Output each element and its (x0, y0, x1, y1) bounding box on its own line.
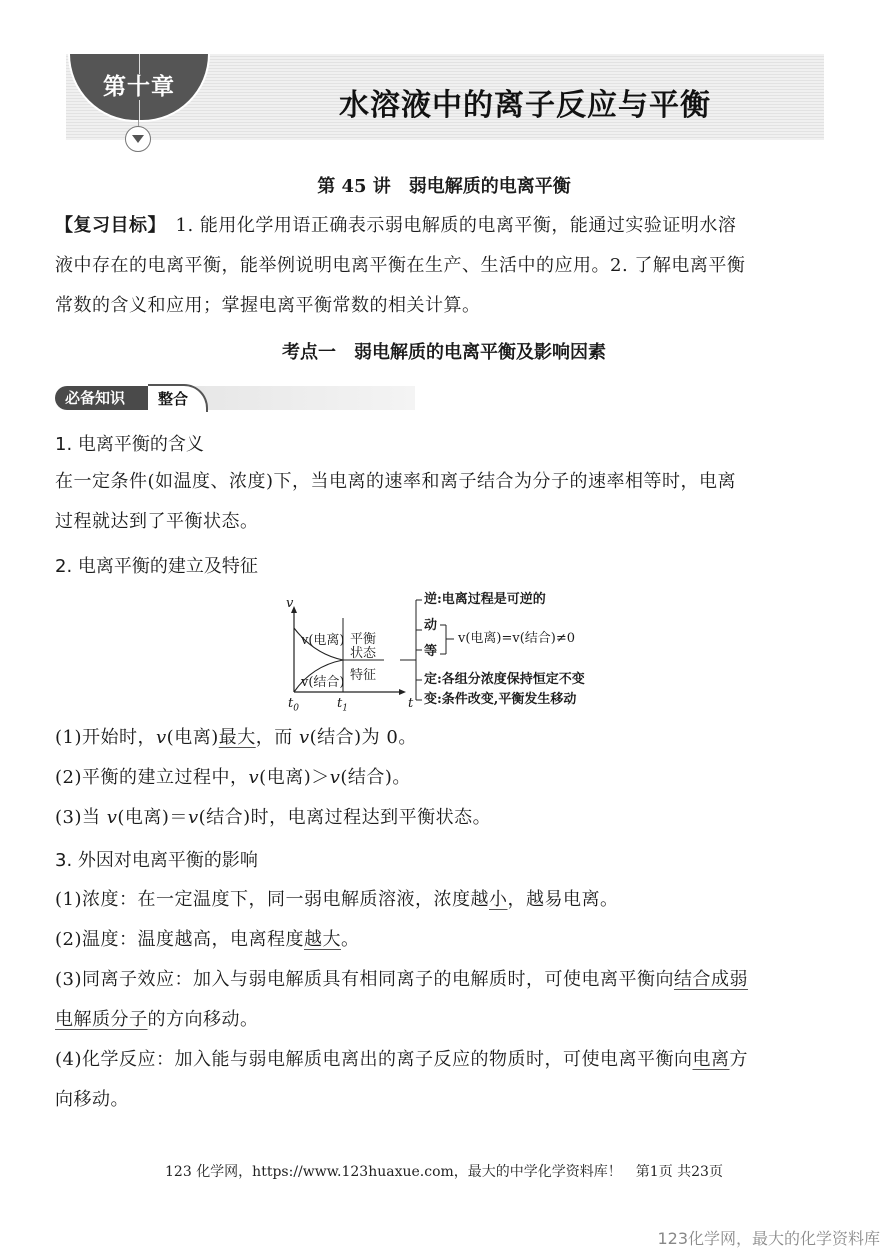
review-goals-line: 1. 能用化学用语正确表示弱电解质的电离平衡，能通过实验证明水溶 (157, 215, 736, 236)
item2-points: (1)开始时，v(电离)最大，而 v(结合)为 0。 (2)平衡的建立过程中，v… (55, 718, 845, 838)
chevron-down-icon (125, 126, 151, 152)
review-goals: 【复习目标】 1. 能用化学用语正确表示弱电解质的电离平衡，能通过实验证明水溶 … (55, 206, 845, 326)
item2-point-3: (3)当 v(电离)＝v(结合)时，电离过程达到平衡状态。 (55, 798, 845, 838)
item2-point-1: (1)开始时，v(电离)最大，而 v(结合)为 0。 (55, 718, 845, 758)
item1-line: 过程就达到了平衡状态。 (55, 502, 845, 542)
x-axis-label: t (408, 696, 413, 711)
item3-point-3: (3)同离子效应：加入与弱电解质具有相同离子的电解质时，可使电离平衡向结合成弱 (55, 960, 845, 1000)
answer-underline: 电解质分子 (55, 1009, 148, 1030)
tag-required-knowledge: 必备知识 (55, 386, 155, 410)
feature-equal: 等 (424, 644, 437, 659)
feature-dynamic: 动 (424, 618, 437, 633)
review-goals-line: 液中存在的电离平衡，能举例说明电离平衡在生产、生活中的应用。2. 了解电离平衡 (55, 246, 845, 286)
item3-point-2: (2)温度：温度越高，电离程度越大。 (55, 920, 845, 960)
state-label-1: 平衡 (350, 632, 376, 647)
feature-reversible: 逆:电离过程是可逆的 (424, 592, 546, 607)
chapter-number: 第十章 (101, 74, 177, 100)
item3-point-3-cont: 电解质分子的方向移动。 (55, 1000, 845, 1040)
answer-underline: 最大 (219, 727, 256, 748)
chapter-title: 水溶液中的离子反应与平衡 (300, 80, 750, 124)
item3-point-1: (1)浓度：在一定温度下，同一弱电解质溶液，浓度越小，越易电离。 (55, 880, 845, 920)
feature-label: 特征 (350, 668, 376, 683)
watermark: 123化学网，最大的化学资料库 (657, 1226, 880, 1249)
equilibrium-diagram: v t t0 t1 v(电离) v(结合) 平衡 状态 特征 逆:电离过程是可逆… (284, 588, 614, 710)
lecture-title: 第 45 讲 弱电解质的电离平衡 (0, 172, 888, 198)
review-goals-line: 常数的含义和应用；掌握电离平衡常数的相关计算。 (55, 286, 845, 326)
t1-label: t1 (337, 696, 348, 717)
y-axis-label: v (286, 596, 293, 611)
review-goals-label: 【复习目标】 (55, 215, 157, 236)
item1-body: 在一定条件(如温度、浓度)下，当电离的速率和离子结合为分子的速率相等时，电离 过… (55, 462, 845, 542)
feature-change: 变:条件改变,平衡发生移动 (424, 692, 576, 707)
answer-underline: 电离 (693, 1049, 730, 1070)
item3-heading: 3. 外因对电离平衡的影响 (55, 846, 258, 872)
answer-underline: 越大 (304, 929, 341, 950)
item2-heading: 2. 电离平衡的建立及特征 (55, 552, 258, 578)
t0-label: t0 (288, 696, 299, 717)
item3-points: (1)浓度：在一定温度下，同一弱电解质溶液，浓度越小，越易电离。 (2)温度：温… (55, 880, 845, 1120)
item2-point-2: (2)平衡的建立过程中，v(电离)＞v(结合)。 (55, 758, 845, 798)
curve-ionization-label: v(电离) (301, 633, 345, 648)
page-footer: 123 化学网，https://www.123huaxue.com，最大的中学化… (0, 1161, 888, 1181)
answer-underline: 小 (489, 889, 508, 910)
item1-heading: 1. 电离平衡的含义 (55, 430, 204, 456)
state-label-2: 状态 (350, 646, 376, 661)
section-title: 考点一 弱电解质的电离平衡及影响因素 (0, 338, 888, 364)
item1-line: 在一定条件(如温度、浓度)下，当电离的速率和离子结合为分子的速率相等时，电离 (55, 462, 845, 502)
feature-constant: 定:各组分浓度保持恒定不变 (424, 672, 585, 687)
answer-underline: 结合成弱 (674, 969, 748, 990)
item3-point-4-cont: 向移动。 (55, 1080, 845, 1120)
curve-combination-label: v(结合) (301, 675, 345, 690)
item3-point-4: (4)化学反应：加入能与弱电解质电离出的离子反应的物质时，可使电离平衡向电离方 (55, 1040, 845, 1080)
feature-equal-rate: v(电离)=v(结合)≠0 (458, 631, 575, 646)
